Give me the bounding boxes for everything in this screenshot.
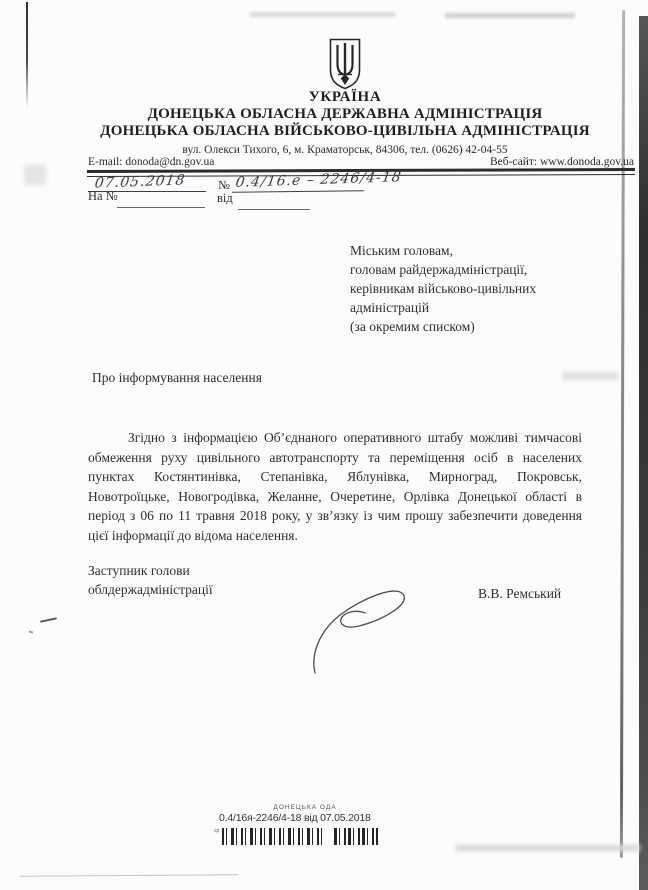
addressee-line: головам райдержадміністрації, [350,260,590,279]
scan-artifact-smudge [563,372,618,380]
scan-artifact-smudge [455,845,640,851]
scan-artifact-line [20,874,238,877]
pen-mark [29,630,33,633]
addressee-line: (за окремим списком) [350,317,590,336]
country-name: УКРАЇНА [40,89,648,106]
addressee-line: керівникам військово-цивільних [350,279,590,298]
subject-line: Про інформування населення [92,370,262,386]
org-website: Веб-сайт: www.donoda.gov.ua [490,156,634,168]
addressee-line: Міським головам, [350,241,590,260]
scan-artifact-streak [445,13,575,18]
ukraine-trident-coat-of-arms-icon [328,37,362,91]
registration-org-label: ДОНЕЦЬКА ОДА [210,804,400,811]
addressee-block: Міським головам, головам райдержадмініст… [350,241,590,336]
org-address: вул. Олекси Тихого, 6, м. Краматорськ, 8… [40,144,648,156]
signer-title-line2: облдержадміністрації [88,580,213,599]
scan-artifact-left-line [26,2,28,108]
barcode [222,828,378,845]
org-email: E-mail: donoda@dn.gov.ua [88,156,214,168]
pen-mark [40,617,57,622]
handwritten-signature [285,575,435,675]
signer-title: Заступник голови облдержадміністрації [88,561,213,599]
registration-number: 0.4/16я-2246/4-18 від 07.05.2018 [219,812,371,824]
signer-name: В.В. Ремський [478,586,561,602]
number-underline [232,189,364,192]
scan-artifact-smudge [24,165,46,185]
barcode-prefix: ср [214,828,219,834]
contact-row: E-mail: donoda@dn.gov.ua Веб-сайт: www.d… [88,156,634,168]
signer-title-line1: Заступник голови [88,561,213,580]
reply-date-underline [238,208,310,210]
letter-body: Згідно з інформацією Об’єднаного операти… [88,428,582,545]
reply-number-underline [117,206,205,208]
scanned-letter-page: УКРАЇНА ДОНЕЦЬКА ОБЛАСНА ДЕРЖАВНА АДМІНІ… [0,0,648,890]
addressee-line: адміністрацій [350,298,590,317]
reply-to-number-label: На № [88,189,118,204]
barcode-bars [334,828,378,845]
scan-artifact-streak [250,12,395,17]
barcode-bars [222,828,326,845]
org-name-line2: ДОНЕЦЬКА ОБЛАСНА ВІЙСЬКОВО-ЦИВІЛЬНА АДМІ… [40,123,648,140]
org-name-line1: ДОНЕЦЬКА ОБЛАСНА ДЕРЖАВНА АДМІНІСТРАЦІЯ [40,106,648,123]
reply-from-label: від [217,191,233,206]
